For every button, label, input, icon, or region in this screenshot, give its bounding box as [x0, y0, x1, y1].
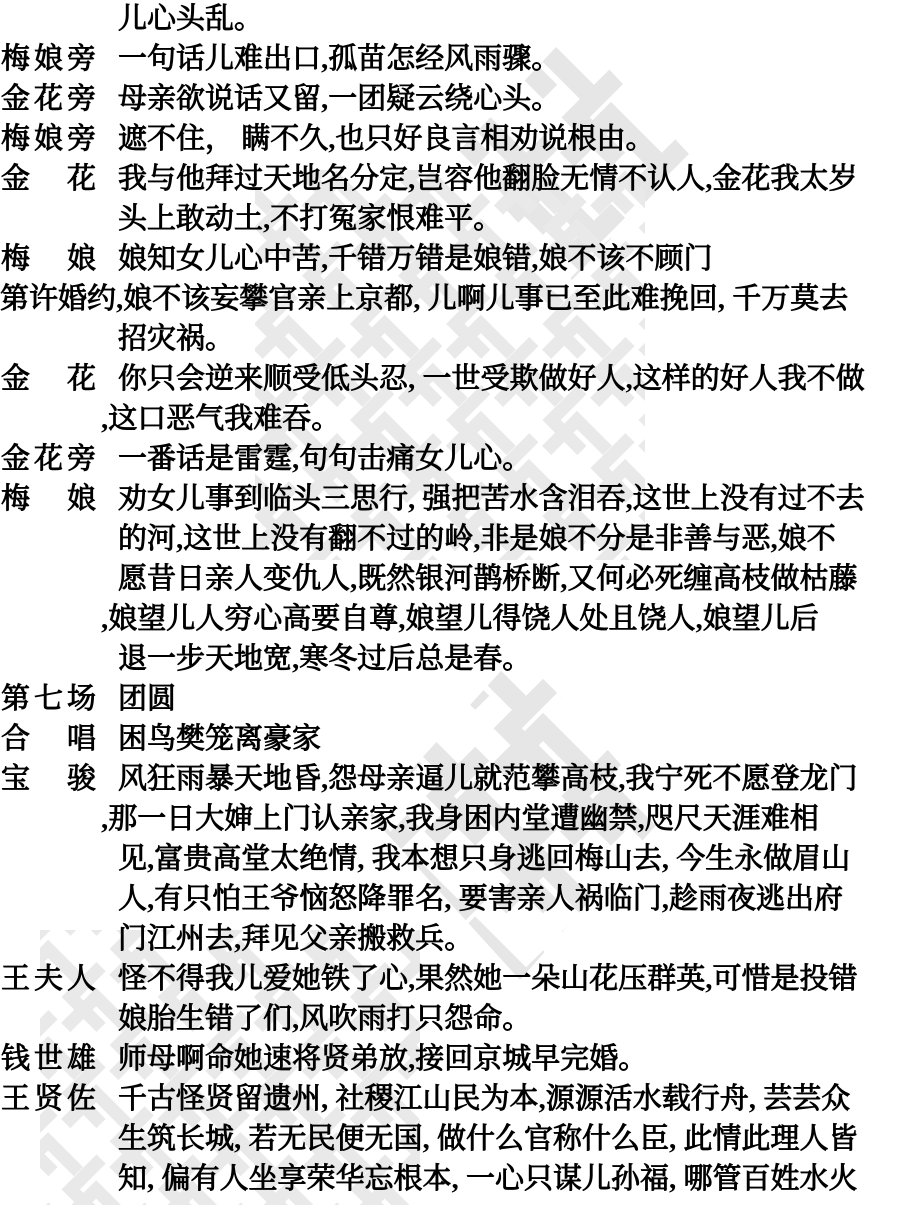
script-line: 见,富贵高堂太绝情, 我本想只身逃回梅山去, 今生永做眉山: [0, 839, 900, 879]
speaker-label: 合 唱: [1, 719, 100, 759]
script-line: 梅 娘 劝女儿事到临头三思行, 强把苦水含泪吞,这世上没有过不去: [0, 479, 900, 519]
line-text: 你只会逆来顺受低头忍, 一世受欺做好人,这样的好人我不做: [118, 359, 865, 399]
line-text: 劝女儿事到临头三思行, 强把苦水含泪吞,这世上没有过不去: [118, 479, 865, 519]
script-line: 生筑长城, 若无民便无国, 做什么官称什么臣, 此情此理人皆: [0, 1119, 900, 1159]
script-line: ,那一日大婶上门认亲家,我身困内堂遭幽禁,咫尺天涯难相: [0, 799, 900, 839]
script-line: 王贤佐 千古怪贤留遗州, 社稷江山民为本,源源活水载行舟, 芸芸众: [0, 1079, 900, 1119]
speaker-label: 金花旁: [1, 79, 100, 119]
speaker-label: 金花旁: [1, 439, 100, 479]
line-text: 第许婚约,娘不该妄攀官亲上京都, 儿啊儿事已至此难挽回, 千万莫去: [0, 279, 848, 319]
line-text: 团圆: [118, 679, 176, 719]
script-line: 人,有只怕王爷恼怒降罪名, 要害亲人祸临门,趁雨夜逃出府: [0, 879, 900, 919]
line-text: 人,有只怕王爷恼怒降罪名, 要害亲人祸临门,趁雨夜逃出府: [118, 879, 843, 919]
line-text: 师母啊命她速将贤弟放,接回京城早完婚。: [118, 1039, 647, 1079]
script-line: 宝 骏 风狂雨暴天地昏,怨母亲逼儿就范攀高枝,我宁死不愿登龙门: [0, 759, 900, 799]
speaker-label: 金 花: [1, 359, 100, 399]
line-text: 怪不得我儿爱她铁了心,果然她一朵山花压群英,可惜是投错: [118, 959, 858, 999]
script-line: 金 花 你只会逆来顺受低头忍, 一世受欺做好人,这样的好人我不做: [0, 359, 900, 399]
script-line: 第七场 团圆: [0, 679, 900, 719]
speaker-label: 钱世雄: [1, 1039, 100, 1079]
speaker-label: 梅 娘: [1, 239, 100, 279]
script-line: 金花旁 母亲欲说话又留,一团疑云绕心头。: [0, 79, 900, 119]
script-line: ,娘望儿人穷心高要自尊,娘望儿得饶人处且饶人,娘望儿后: [0, 599, 900, 639]
speaker-label: 王贤佐: [1, 1079, 100, 1119]
line-text: 儿心头乱。: [118, 0, 263, 39]
line-text: 一番话是雷霆,句句击痛女儿心。: [118, 439, 531, 479]
line-text: 门江州去,拜见父亲搬救兵。: [118, 919, 473, 959]
script-body: 儿心头乱。 梅娘旁 一句话儿难出口,孤苗怎经风雨骤。 金花旁 母亲欲说话又留,一…: [0, 0, 900, 1205]
line-text: 困鸟樊笼离豪家: [118, 719, 321, 759]
line-text: 生筑长城, 若无民便无国, 做什么官称什么臣, 此情此理人皆: [118, 1119, 858, 1159]
script-line: 娘胎生错了们,风吹雨打只怨命。: [0, 999, 900, 1039]
speaker-label: 梅娘旁: [1, 39, 100, 79]
speaker-label: 梅 娘: [1, 479, 100, 519]
line-text: 退一步天地宽,寒冬过后总是春。: [118, 639, 531, 679]
script-line: 退一步天地宽,寒冬过后总是春。: [0, 639, 900, 679]
line-text: 遮不住， 瞒不久,也只好良言相劝说根由。: [118, 119, 655, 159]
script-line: 金 花 我与他拜过天地名分定,岂容他翻脸无情不认人,金花我太岁: [0, 159, 900, 199]
script-line: 合 唱 困鸟樊笼离豪家: [0, 719, 900, 759]
script-line: 金花旁 一番话是雷霆,句句击痛女儿心。: [0, 439, 900, 479]
line-text: 千古怪贤留遗州, 社稷江山民为本,源源活水载行舟, 芸芸众: [118, 1079, 850, 1119]
script-line: 门江州去,拜见父亲搬救兵。: [0, 919, 900, 959]
line-text: 娘知女儿心中苦,千错万错是娘错,娘不该不顾门: [118, 239, 713, 279]
script-line: 梅娘旁 遮不住， 瞒不久,也只好良言相劝说根由。: [0, 119, 900, 159]
line-text: ,那一日大婶上门认亲家,我身困内堂遭幽禁,咫尺天涯难相: [101, 799, 819, 839]
script-line: 梅娘旁 一句话儿难出口,孤苗怎经风雨骤。: [0, 39, 900, 79]
speaker-label: 宝 骏: [1, 759, 100, 799]
script-line: 儿心头乱。: [0, 0, 900, 39]
script-line: ,这口恶气我难吞。: [0, 399, 900, 439]
line-text: 知, 偏有人坐享荣华忘根本, 一心只谋儿孙福, 哪管百姓水火: [118, 1159, 858, 1199]
line-text: 招灾祸。: [118, 319, 234, 359]
speaker-label: 梅娘旁: [1, 119, 100, 159]
script-line: 的河,这世上没有翻不过的岭,非是娘不分是非善与恶,娘不: [0, 519, 900, 559]
speaker-label: 第七场: [1, 679, 100, 719]
line-text: 头上敢动土,不打冤家恨难平。: [118, 199, 502, 239]
script-line: 知, 偏有人坐享荣华忘根本, 一心只谋儿孙福, 哪管百姓水火: [0, 1159, 900, 1199]
line-text: 见,富贵高堂太绝情, 我本想只身逃回梅山去, 今生永做眉山: [118, 839, 850, 879]
line-text: 愿昔日亲人变仇人,既然银河鹊桥断,又何必死缠高枝做枯藤: [118, 559, 858, 599]
script-line: 愿昔日亲人变仇人,既然银河鹊桥断,又何必死缠高枝做枯藤: [0, 559, 900, 599]
script-page: 儿心头乱。 梅娘旁 一句话儿难出口,孤苗怎经风雨骤。 金花旁 母亲欲说话又留,一…: [0, 0, 900, 1205]
line-text: 我与他拜过天地名分定,岂容他翻脸无情不认人,金花我太岁: [118, 159, 858, 199]
speaker-label: 金 花: [1, 159, 100, 199]
line-text: ,娘望儿人穷心高要自尊,娘望儿得饶人处且饶人,娘望儿后: [101, 599, 819, 639]
script-line: 第许婚约,娘不该妄攀官亲上京都, 儿啊儿事已至此难挽回, 千万莫去: [0, 279, 900, 319]
script-line: 钱世雄 师母啊命她速将贤弟放,接回京城早完婚。: [0, 1039, 900, 1079]
script-line: 招灾祸。: [0, 319, 900, 359]
script-line: 梅 娘 娘知女儿心中苦,千错万错是娘错,娘不该不顾门: [0, 239, 900, 279]
line-text: ,这口恶气我难吞。: [101, 399, 340, 439]
line-text: 娘胎生错了们,风吹雨打只怨命。: [118, 999, 531, 1039]
script-line: 头上敢动土,不打冤家恨难平。: [0, 199, 900, 239]
line-text: 母亲欲说话又留,一团疑云绕心头。: [118, 79, 560, 119]
line-text: 一句话儿难出口,孤苗怎经风雨骤。: [118, 39, 560, 79]
script-line: 王夫人 怪不得我儿爱她铁了心,果然她一朵山花压群英,可惜是投错: [0, 959, 900, 999]
speaker-label: 王夫人: [1, 959, 100, 999]
line-text: 风狂雨暴天地昏,怨母亲逼儿就范攀高枝,我宁死不愿登龙门: [118, 759, 858, 799]
line-text: 的河,这世上没有翻不过的岭,非是娘不分是非善与恶,娘不: [118, 519, 836, 559]
